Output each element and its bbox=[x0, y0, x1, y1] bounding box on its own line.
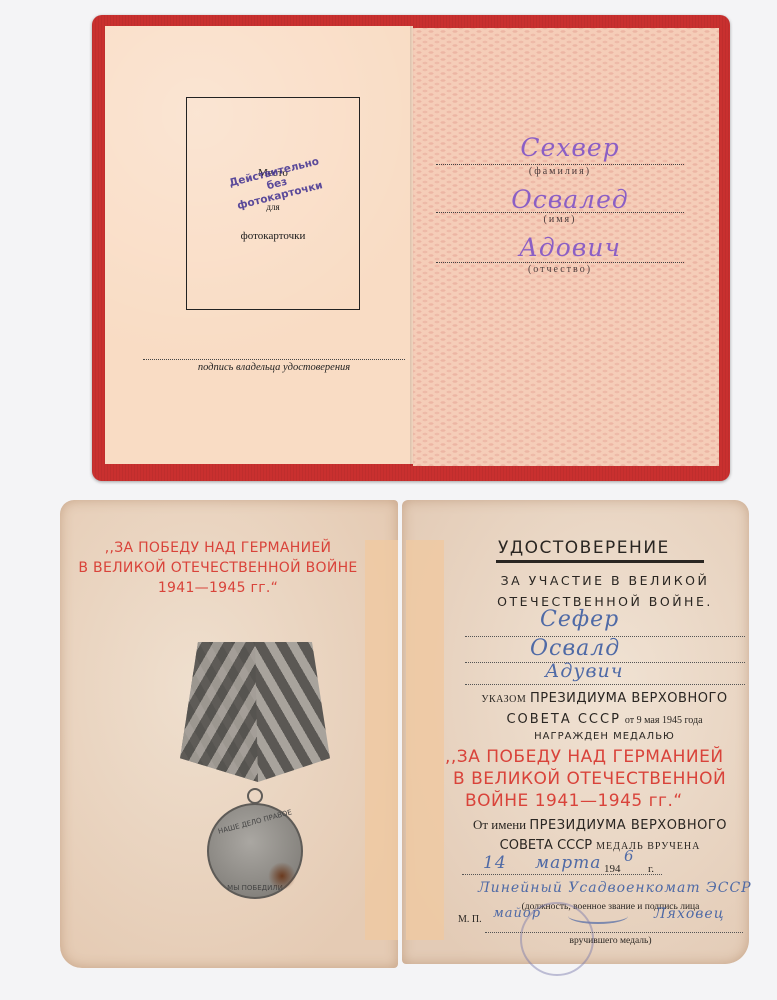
patronymic-handwritten: Адович bbox=[480, 233, 660, 262]
first-name-line bbox=[436, 212, 684, 213]
date-dotline bbox=[462, 874, 662, 875]
presented-line1: От имени ПРЕЗИДИУМА ВЕРХОВНОГО bbox=[455, 817, 745, 833]
official-handwritten: Линейный Усадвоенкомат ЭССР bbox=[478, 880, 752, 896]
patronymic-handwritten-blue: Адувич bbox=[545, 660, 624, 682]
tape-strip-right bbox=[406, 540, 444, 940]
official-caption-line2: вручившего медаль) bbox=[478, 936, 743, 946]
booklet-spine bbox=[410, 26, 414, 466]
heading-underline bbox=[496, 560, 704, 563]
medal-name-line2: В ВЕЛИКОЙ ОТЕЧЕСТВЕННОЙ bbox=[445, 768, 750, 790]
stain-mark bbox=[268, 862, 296, 890]
decree-line1: УКАЗОМ ПРЕЗИДИУМА ВЕРХОВНОГО bbox=[462, 690, 747, 706]
date-year-digit: 6 bbox=[624, 847, 635, 865]
signature-line bbox=[143, 359, 405, 360]
surname-label: (фамилия) bbox=[436, 166, 684, 177]
date-month: марта bbox=[535, 853, 601, 873]
medal-name-line3: ВОЙНЕ 1941—1945 гг.“ bbox=[445, 790, 750, 812]
medal-ring bbox=[247, 788, 263, 804]
presented-suffix: МЕДАЛЬ ВРУЧЕНА bbox=[596, 841, 700, 852]
medal-name-line1: ,,ЗА ПОБЕДУ НАД ГЕРМАНИЕЙ bbox=[445, 746, 750, 768]
medal-title-line3: 1941—1945 гг.“ bbox=[68, 578, 368, 598]
presented-prefix: От имени bbox=[473, 817, 526, 832]
date-year-prefix: 194 bbox=[604, 863, 621, 875]
medal-name: ,,ЗА ПОБЕДУ НАД ГЕРМАНИЕЙ В ВЕЛИКОЙ ОТЕЧ… bbox=[445, 746, 750, 812]
patronymic-dotline bbox=[465, 684, 745, 685]
presented-council: СОВЕТА СССР bbox=[500, 838, 592, 853]
official-dotline bbox=[485, 932, 743, 933]
decree-line2: СОВЕТА СССР от 9 мая 1945 года bbox=[462, 710, 747, 728]
medal-title-line2: В ВЕЛИКОЙ ОТЕЧЕСТВЕННОЙ ВОЙНЕ bbox=[68, 558, 368, 578]
decree-prefix: УКАЗОМ bbox=[481, 694, 526, 705]
certificate-heading: УДОСТОВЕРЕНИЕ bbox=[498, 538, 670, 558]
patronymic-label: (отчество) bbox=[436, 264, 684, 275]
surname-handwritten-blue: Сефер bbox=[540, 607, 619, 632]
subheading-line1: ЗА УЧАСТИЕ В ВЕЛИКОЙ bbox=[465, 573, 745, 588]
date-year-suffix: г. bbox=[648, 863, 654, 875]
awarded-label: НАГРАЖДЕН МЕДАЛЬЮ bbox=[462, 731, 747, 742]
seal-label: М. П. bbox=[458, 914, 482, 925]
decree-council: СОВЕТА СССР bbox=[506, 712, 620, 727]
first-name-label: (имя) bbox=[436, 214, 684, 225]
presented-line2: СОВЕТА СССР МЕДАЛЬ ВРУЧЕНА bbox=[455, 836, 745, 854]
decree-date: от 9 мая 1945 года bbox=[625, 715, 703, 726]
presented-main: ПРЕЗИДИУМА ВЕРХОВНОГО bbox=[529, 818, 727, 833]
first-name-handwritten-blue: Освалд bbox=[530, 636, 620, 661]
medal-title-line1: ,,ЗА ПОБЕДУ НАД ГЕРМАНИЕЙ bbox=[68, 538, 368, 558]
photo-label-line3: фотокарточки bbox=[186, 230, 360, 242]
date-day: 14 bbox=[483, 853, 507, 873]
signature-name: Ляховец bbox=[654, 906, 724, 922]
decree-main: ПРЕЗИДИУМА ВЕРХОВНОГО bbox=[530, 691, 728, 706]
patronymic-line bbox=[436, 262, 684, 263]
signature-caption: подпись владельца удостоверения bbox=[143, 362, 405, 373]
surname-handwritten: Сехвер bbox=[480, 133, 660, 162]
first-name-handwritten: Освалед bbox=[480, 185, 660, 214]
medal-title: ,,ЗА ПОБЕДУ НАД ГЕРМАНИЕЙ В ВЕЛИКОЙ ОТЕЧ… bbox=[68, 538, 368, 598]
surname-line bbox=[436, 164, 684, 165]
tape-strip-left bbox=[365, 540, 398, 940]
